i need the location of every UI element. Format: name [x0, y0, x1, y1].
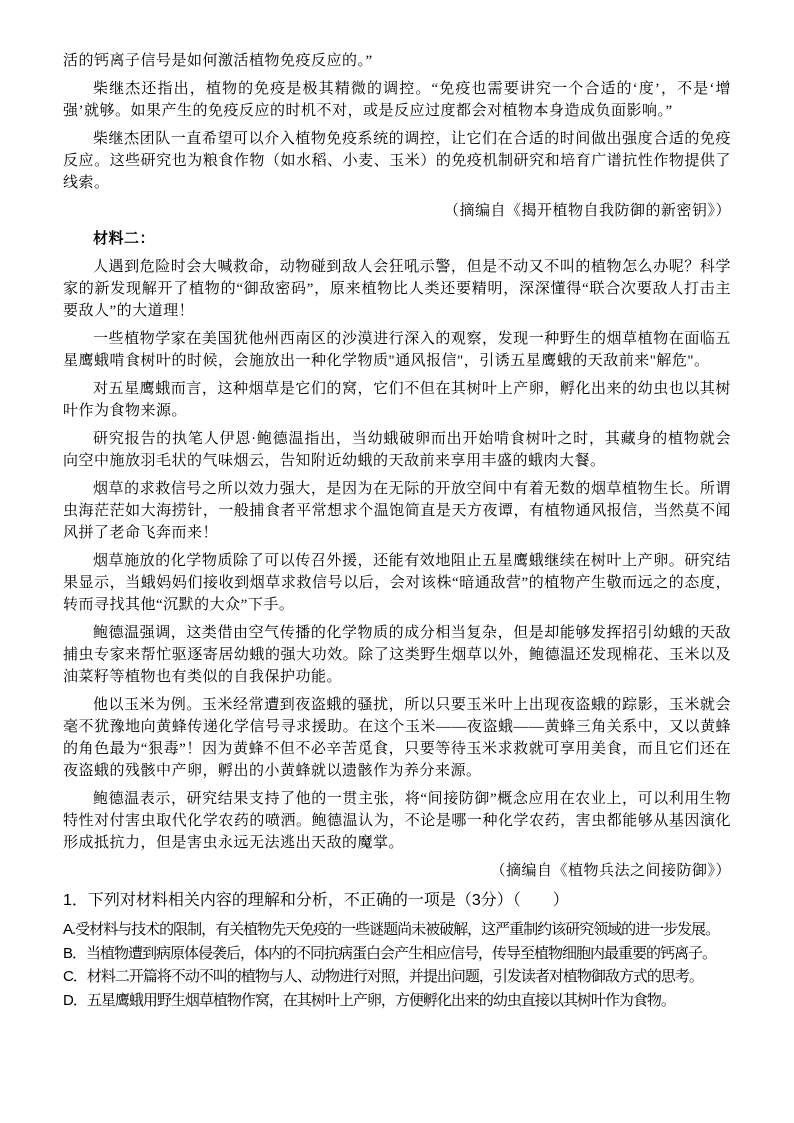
material2-paragraph: 他以玉米为例。玉米经常遭到夜盗蛾的骚扰，所以只要玉米叶上出现夜盗蛾的踪影，玉米就… — [63, 694, 731, 782]
material2-paragraph: 鲍德温强调，这类借由空气传播的化学物质的成分相当复杂，但是却能够发挥招引幼蛾的天… — [63, 622, 731, 688]
material2-paragraph: 鲍德温表示，研究结果支持了他的一贯主张，将“间接防御”概念应用在农业上，可以利用… — [63, 788, 731, 854]
material2-paragraph: 对五星鹰蛾而言，这种烟草是它们的窝，它们不但在其树叶上产卵，孵化出来的幼虫也以其… — [63, 378, 731, 422]
material2-paragraph: 人遇到危险时会大喊救命，动物碰到敌人会狂吼示警，但是不动又不叫的植物怎么办呢？科… — [63, 256, 731, 322]
reading-passage: 活的钙离子信号是如何激活植物免疫反应的。” 柴继杰还指出，植物的免疫是极其精微的… — [63, 50, 731, 882]
material1-paragraph: 柴继杰团队一直希望可以介入植物免疫系统的调控，让它们在合适的时间做出强度合适的免… — [63, 128, 731, 194]
question-1-stem: 1．下列对材料相关内容的理解和分析，不正确的一项是（3分）（ ） — [63, 888, 731, 914]
question-1-option-b: B．当植物遭到病原体侵袭后，体内的不同抗病蛋白会产生相应信号，传导至植物细胞内最… — [63, 942, 731, 966]
question-1-block: 1．下列对材料相关内容的理解和分析，不正确的一项是（3分）（ ） A.受材料与技… — [63, 888, 731, 1012]
material1-continuation-line: 活的钙离子信号是如何激活植物免疫反应的。” — [63, 50, 731, 72]
material2-paragraph: 烟草的求救信号之所以效力强大，是因为在无际的开放空间中有着无数的烟草植物生长。所… — [63, 478, 731, 544]
question-1-option-d: D．五星鹰蛾用野生烟草植物作窝，在其树叶上产卵，方便孵化出来的幼虫直接以其树叶作… — [63, 989, 731, 1013]
document-page: 活的钙离子信号是如何激活植物免疫反应的。” 柴继杰还指出，植物的免疫是极其精微的… — [0, 0, 794, 1123]
material1-paragraph: 柴继杰还指出，植物的免疫是极其精微的调控。“免疫也需要讲究一个合适的‘度’，不是… — [63, 78, 731, 122]
material2-heading: 材料二： — [63, 228, 731, 250]
question-1-option-c: C．材料二开篇将不动不叫的植物与人、动物进行对照，并提出问题，引发读者对植物御敌… — [63, 965, 731, 989]
question-1-option-a: A.受材料与技术的限制，有关植物先天免疫的一些谜题尚未被破解，这严重制约该研究领… — [63, 918, 731, 942]
material2-paragraph: 研究报告的执笔人伊恩·鲍德温指出，当幼蛾破卵而出开始啃食树叶之时，其藏身的植物就… — [63, 428, 731, 472]
material1-attribution: （摘编自《揭开植物自我防御的新密钥》） — [63, 200, 731, 222]
material2-attribution: （摘编自《植物兵法之间接防御》） — [63, 860, 731, 882]
material2-paragraph: 一些植物学家在美国犹他州西南区的沙漠进行深入的观察，发现一种野生的烟草植物在面临… — [63, 328, 731, 372]
material2-paragraph: 烟草施放的化学物质除了可以传召外援，还能有效地阻止五星鹰蛾继续在树叶上产卵。研究… — [63, 550, 731, 616]
